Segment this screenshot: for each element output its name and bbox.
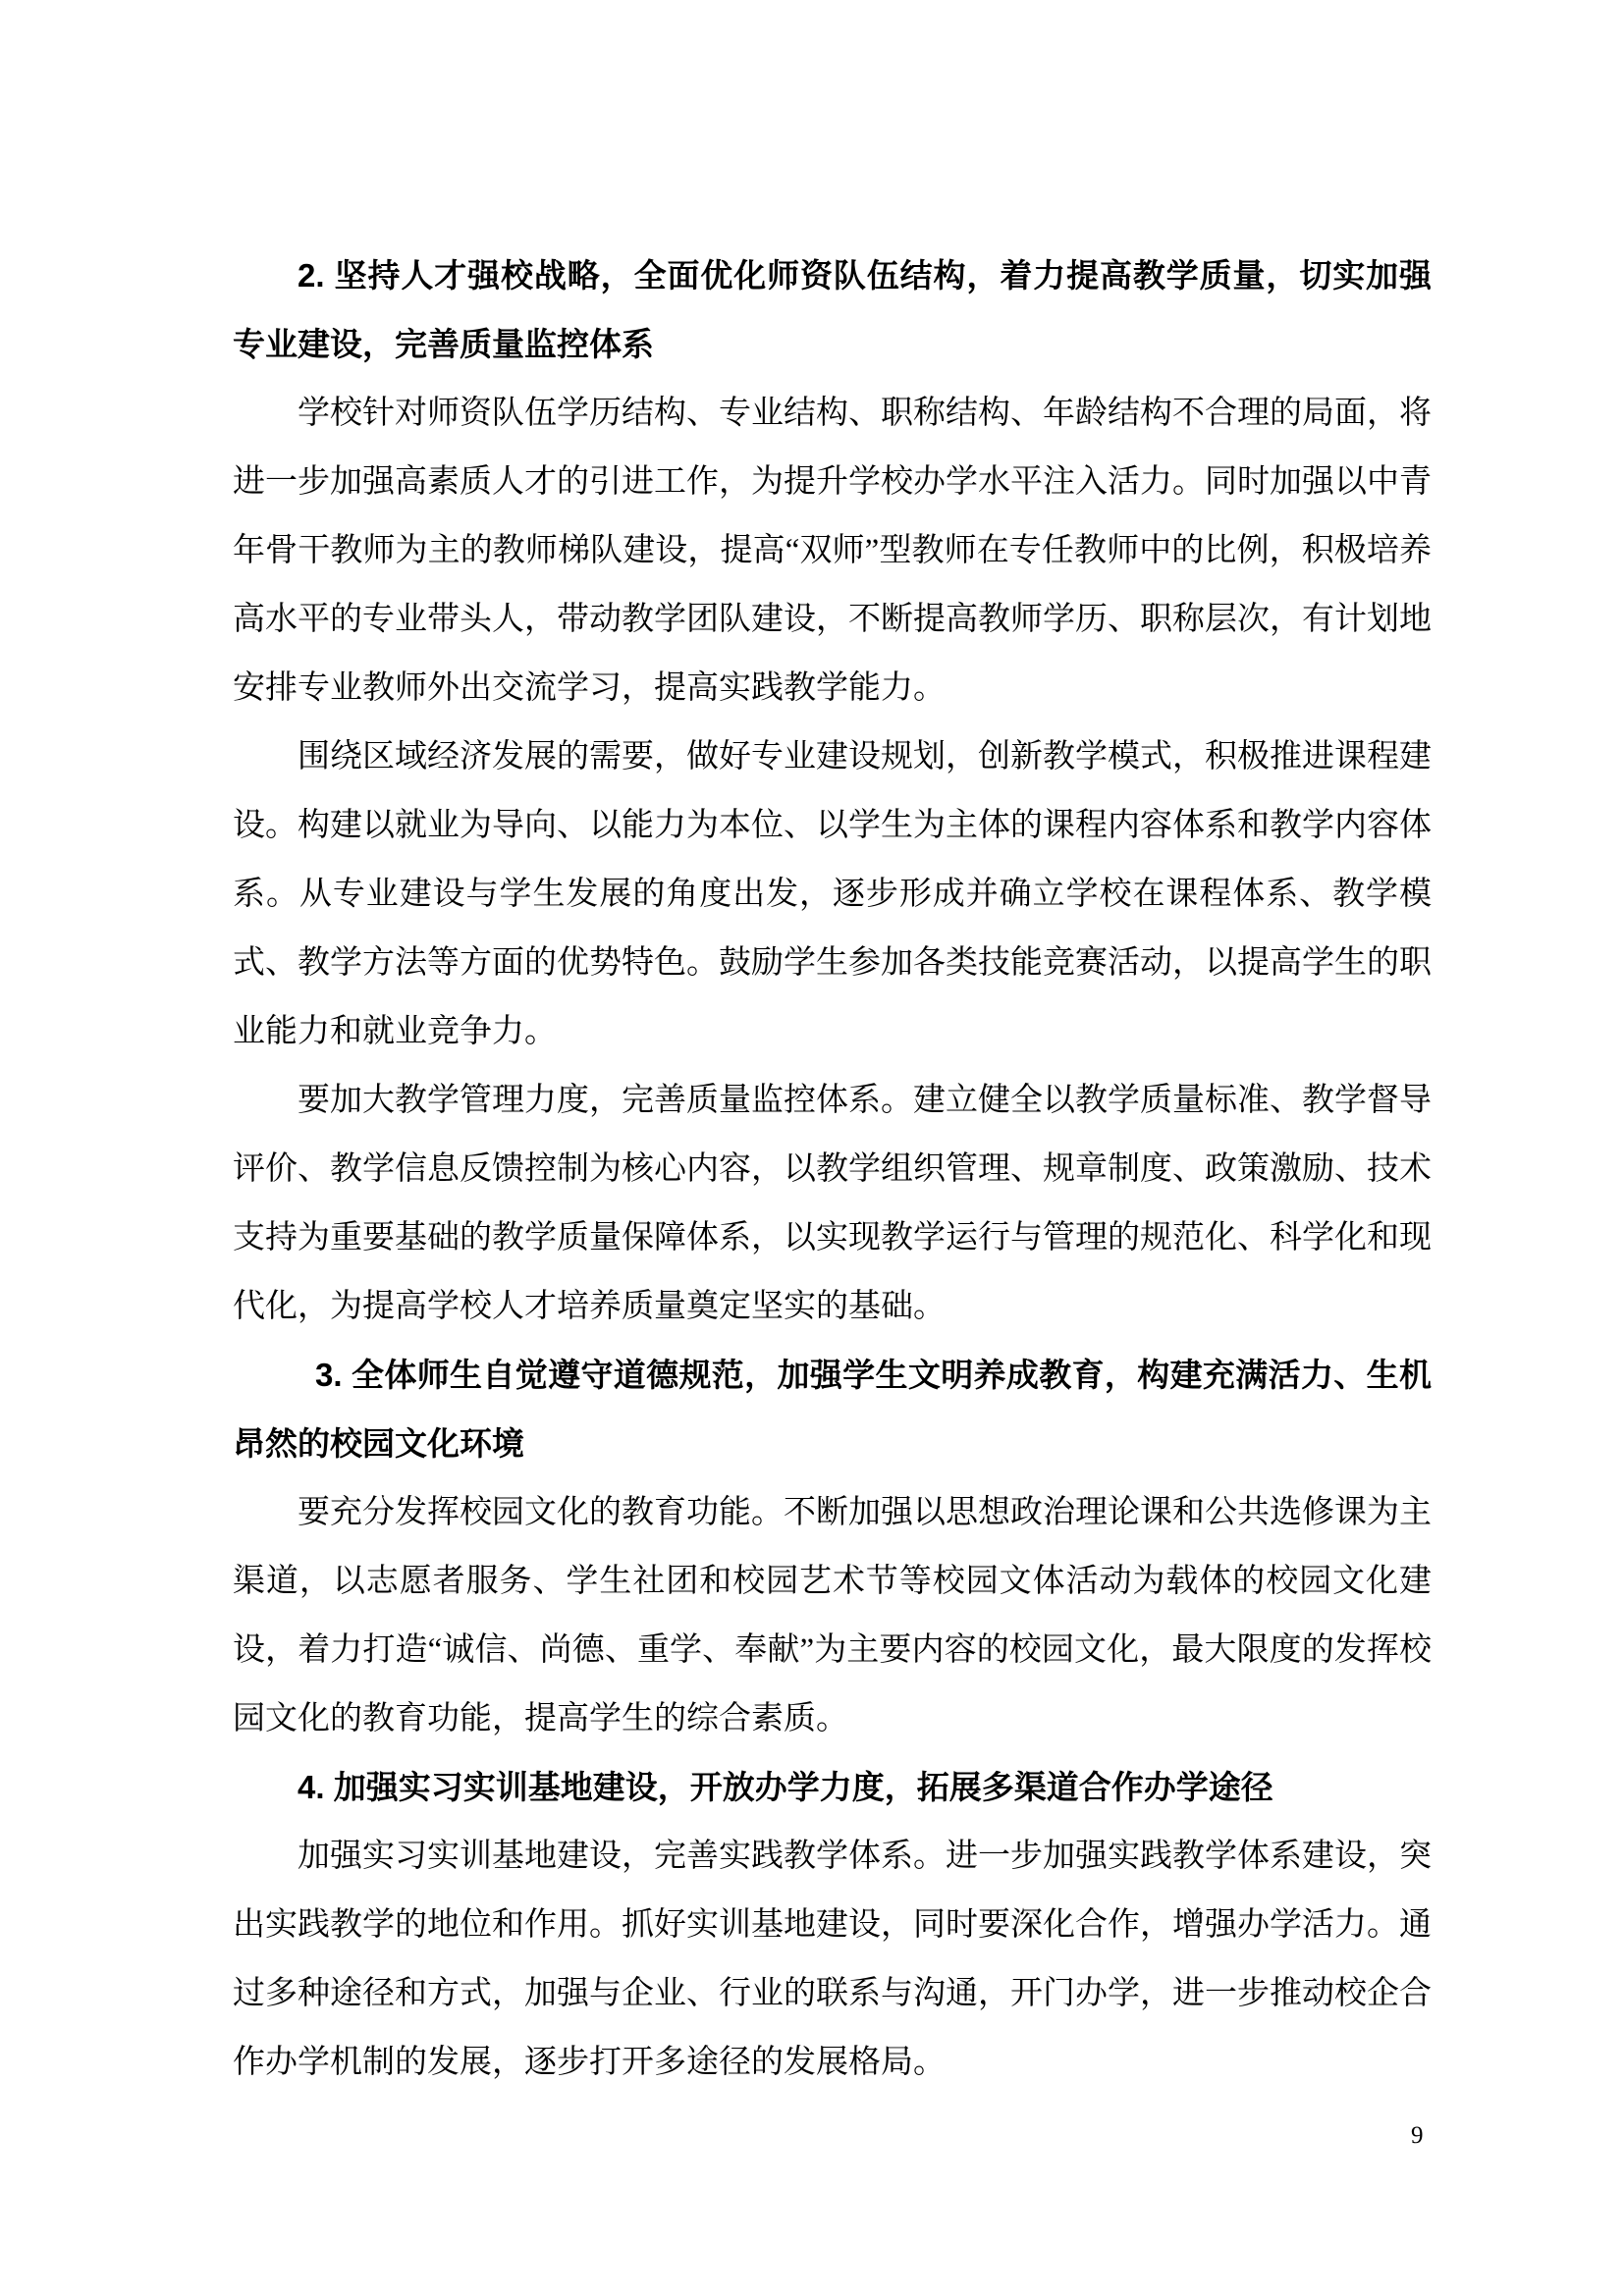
section-heading-3: 3. 全体师生自觉遵守道德规范，加强学生文明养成教育，构建充满活力、生机昂然的校… xyxy=(233,1341,1432,1478)
text-content: 2. 坚持人才强校战略，全面优化师资队伍结构，着力提高教学质量，切实加强专业建设… xyxy=(233,241,1432,2097)
paragraph-curriculum: 围绕区域经济发展的需要，做好专业建设规划，创新教学模式，积极推进课程建设。构建以… xyxy=(233,722,1432,1066)
section-heading-4: 4. 加强实习实训基地建设，开放办学力度，拓展多渠道合作办学途径 xyxy=(233,1753,1432,1822)
paragraph-quality-control: 要加大教学管理力度，完善质量监控体系。建立健全以教学质量标准、教学督导评价、教学… xyxy=(233,1066,1432,1341)
page-number: 9 xyxy=(1411,2120,1424,2152)
paragraph-campus-culture: 要充分发挥校园文化的教育功能。不断加强以思想政治理论课和公共选修课为主渠道，以志… xyxy=(233,1478,1432,1753)
paragraph-teacher-team: 学校针对师资队伍学历结构、专业结构、职称结构、年龄结构不合理的局面，将进一步加强… xyxy=(233,379,1432,722)
section-heading-2: 2. 坚持人才强校战略，全面优化师资队伍结构，着力提高教学质量，切实加强专业建设… xyxy=(233,241,1432,379)
paragraph-training-base: 加强实习实训基地建设，完善实践教学体系。进一步加强实践教学体系建设，突出实践教学… xyxy=(233,1822,1432,2097)
document-page: 2. 坚持人才强校战略，全面优化师资队伍结构，着力提高教学质量，切实加强专业建设… xyxy=(0,0,1624,2296)
